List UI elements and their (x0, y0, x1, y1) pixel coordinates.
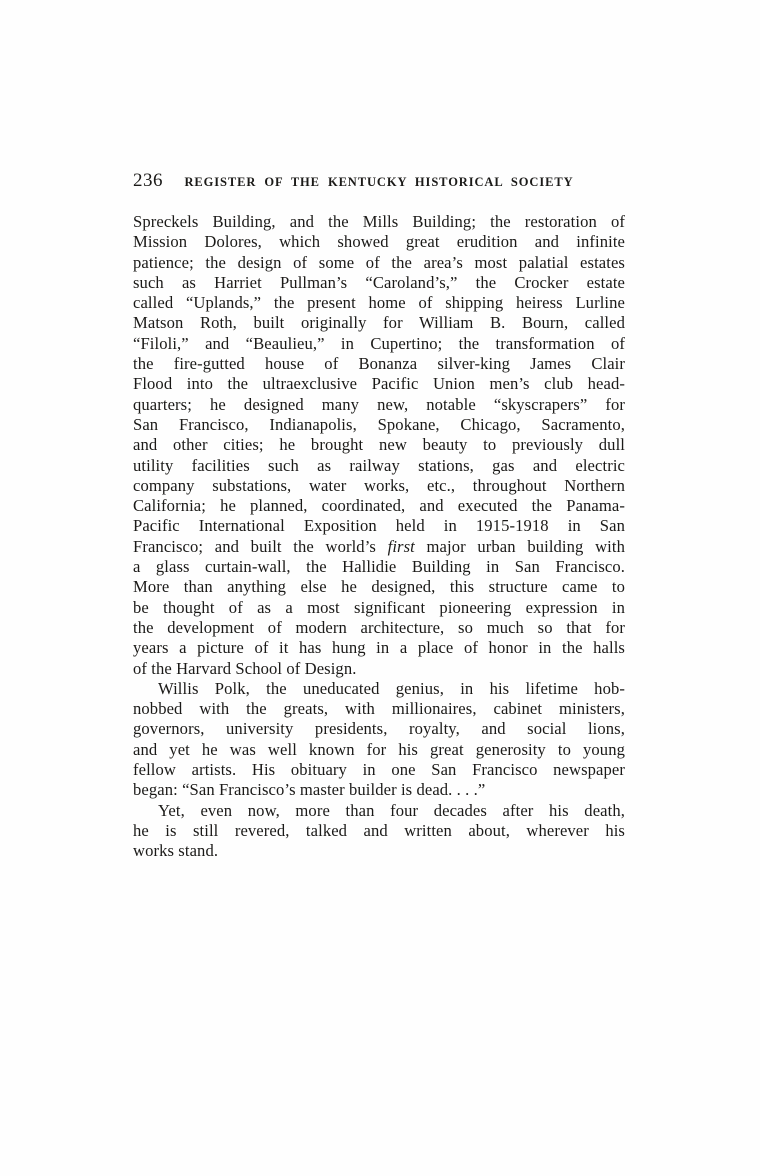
text-line: called “Uplands,” the present home of sh… (133, 293, 625, 313)
text-line: and other cities; he brought new beauty … (133, 435, 625, 455)
text-line: such as Harriet Pullman’s “Caroland’s,” … (133, 273, 625, 293)
text-line: Pacific International Exposition held in… (133, 516, 625, 536)
text-line: Mission Dolores, which showed great erud… (133, 232, 625, 252)
text-line: years a picture of it has hung in a plac… (133, 638, 625, 658)
text-line: Spreckels Building, and the Mills Buildi… (133, 212, 625, 232)
running-head: REGISTER OF THE KENTUCKY HISTORICAL SOCI… (133, 174, 625, 190)
text-line: Willis Polk, the uneducated genius, in h… (133, 679, 625, 699)
paragraph: Spreckels Building, and the Mills Buildi… (133, 212, 625, 679)
text-line: Francisco; and built the world’s first m… (133, 537, 625, 557)
text-line: “Filoli,” and “Beaulieu,” in Cupertino; … (133, 334, 625, 354)
italic-text: first (388, 537, 415, 556)
page-body: Spreckels Building, and the Mills Buildi… (133, 212, 625, 862)
text-line: company substations, water works, etc., … (133, 476, 625, 496)
paragraph: Yet, even now, more than four decades af… (133, 801, 625, 862)
text-line: and yet he was well known for his great … (133, 740, 625, 760)
text-line: San Francisco, Indianapolis, Spokane, Ch… (133, 415, 625, 435)
text-line: of the Harvard School of Design. (133, 659, 625, 679)
book-page: 236 REGISTER OF THE KENTUCKY HISTORICAL … (0, 0, 760, 1176)
text-line: began: “San Francisco’s master builder i… (133, 780, 625, 800)
paragraph: Willis Polk, the uneducated genius, in h… (133, 679, 625, 801)
text-line: More than anything else he designed, thi… (133, 577, 625, 597)
text-line: utility facilities such as railway stati… (133, 456, 625, 476)
text-line: fellow artists. His obituary in one San … (133, 760, 625, 780)
text-line: nobbed with the greats, with millionaire… (133, 699, 625, 719)
text-line: a glass curtain-wall, the Hallidie Build… (133, 557, 625, 577)
text-line: governors, university presidents, royalt… (133, 719, 625, 739)
page-number: 236 (133, 170, 163, 192)
text-line: Yet, even now, more than four decades af… (133, 801, 625, 821)
text-line: he is still revered, talked and written … (133, 821, 625, 841)
text-line: patience; the design of some of the area… (133, 253, 625, 273)
text-line: the fire-gutted house of Bonanza silver-… (133, 354, 625, 374)
text-line: quarters; he designed many new, notable … (133, 395, 625, 415)
text-line: Matson Roth, built originally for Willia… (133, 313, 625, 333)
page-header: 236 REGISTER OF THE KENTUCKY HISTORICAL … (133, 174, 625, 192)
text-line: Flood into the ultraexclusive Pacific Un… (133, 374, 625, 394)
text-line: California; he planned, coordinated, and… (133, 496, 625, 516)
text-line: be thought of as a most significant pion… (133, 598, 625, 618)
text-line: the development of modern architecture, … (133, 618, 625, 638)
text-line: works stand. (133, 841, 625, 861)
text-block: 236 REGISTER OF THE KENTUCKY HISTORICAL … (133, 174, 625, 862)
